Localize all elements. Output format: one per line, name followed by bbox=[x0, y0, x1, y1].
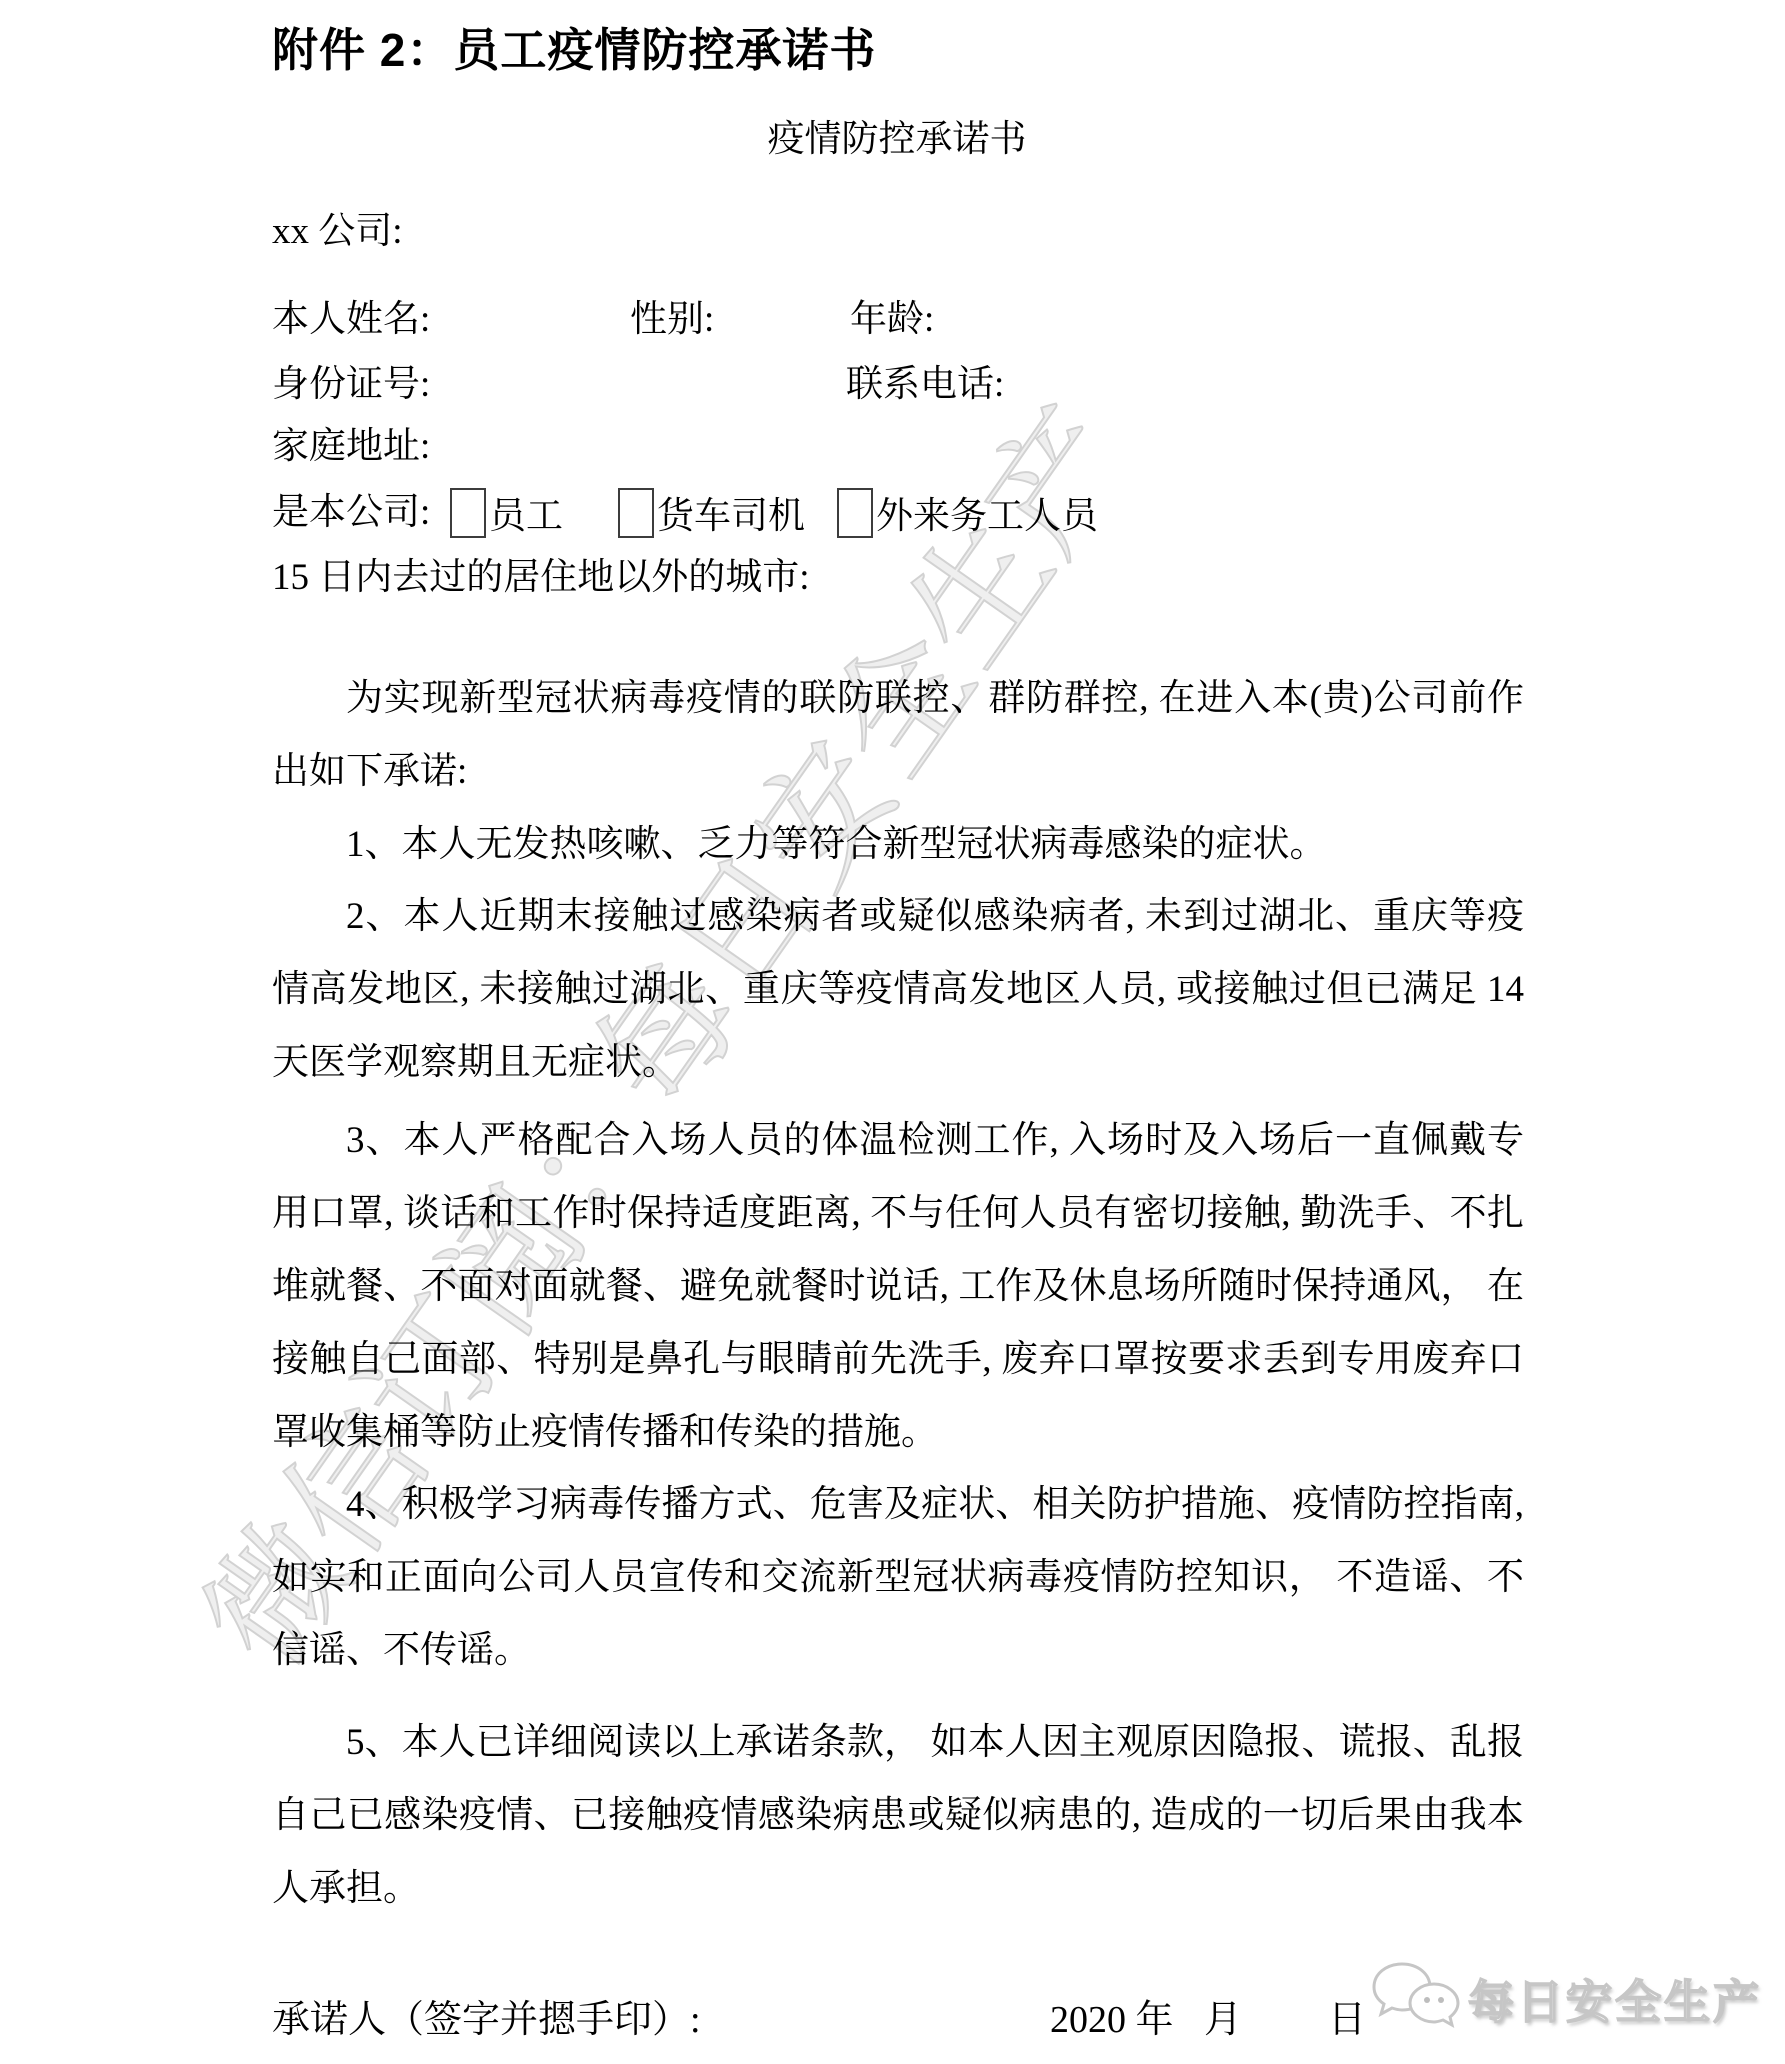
wechat-icon bbox=[1368, 1958, 1464, 2039]
cities-label: 15 日内去过的居住地以外的城市: bbox=[272, 553, 810, 603]
option-employee: 员工 bbox=[450, 488, 563, 542]
date-day: 日 bbox=[1328, 1993, 1366, 2047]
phone-label: 联系电话: bbox=[846, 360, 1004, 410]
brand-name: 每日安全生产 bbox=[1468, 1966, 1762, 2032]
commitment-1: 1、本人无发热咳嗽、乏力等符合新型冠状病毒感染的症状。 bbox=[272, 808, 1524, 881]
commitment-2: 2、本人近期末接触过感染病者或疑似感染病者, 未到过湖北、重庆等疫情高发地区, … bbox=[272, 880, 1524, 1099]
company-label: xx 公司: bbox=[272, 207, 403, 257]
document-page: 微信订阅：每日安全生产 附件 2：员工疫情防控承诺书 疫情防控承诺书 xx 公司… bbox=[0, 0, 1785, 2064]
option-migrant-worker: 外来务工人员 bbox=[837, 488, 1098, 542]
brand-logo: 每日安全生产 bbox=[1368, 1958, 1762, 2039]
address-label: 家庭地址: bbox=[272, 422, 430, 472]
option-employee-label: 员工 bbox=[489, 496, 563, 537]
gender-label: 性别: bbox=[630, 295, 714, 345]
id-row: 身份证号: 联系电话: bbox=[272, 360, 1572, 410]
identity-row: 是本公司: 员工 货车司机 外来务工人员 bbox=[272, 488, 1572, 538]
idnumber-label: 身份证号: bbox=[272, 360, 430, 410]
age-label: 年龄: bbox=[850, 295, 934, 345]
name-label: 本人姓名: bbox=[272, 295, 430, 345]
identity-label: 是本公司: bbox=[272, 488, 430, 538]
date-month: 月 bbox=[1204, 1993, 1242, 2047]
commitment-4: 4、积极学习病毒传播方式、危害及症状、相关防护措施、疫情防控指南, 如实和正面向… bbox=[272, 1468, 1524, 1687]
company-row: xx 公司: bbox=[272, 207, 1572, 257]
address-row: 家庭地址: bbox=[272, 422, 1572, 472]
checkbox-employee bbox=[450, 488, 486, 538]
cities-row: 15 日内去过的居住地以外的城市: bbox=[272, 553, 1572, 603]
commitment-5: 5、本人已详细阅读以上承诺条款， 如本人因主观原因隐报、谎报、乱报自己已感染疫情… bbox=[272, 1706, 1524, 1925]
option-truck-driver: 货车司机 bbox=[618, 488, 805, 542]
page-title: 附件 2：员工疫情防控承诺书 bbox=[272, 14, 876, 80]
checkbox-truck-driver bbox=[618, 488, 654, 538]
signer-label: 承诺人（签字并摁手印）: bbox=[272, 1993, 701, 2047]
checkbox-migrant-worker bbox=[837, 488, 873, 538]
document-subtitle: 疫情防控承诺书 bbox=[272, 116, 1522, 164]
name-row: 本人姓名: 性别: 年龄: bbox=[272, 295, 1572, 345]
date-year: 2020 年 bbox=[1050, 1993, 1174, 2047]
option-truck-driver-label: 货车司机 bbox=[657, 496, 805, 537]
commitment-3: 3、本人严格配合入场人员的体温检测工作, 入场时及入场后一直佩戴专用口罩, 谈话… bbox=[272, 1104, 1524, 1469]
intro-paragraph: 为实现新型冠状病毒疫情的联防联控、群防群控, 在进入本(贵)公司前作出如下承诺: bbox=[272, 662, 1524, 808]
option-migrant-worker-label: 外来务工人员 bbox=[876, 496, 1098, 537]
